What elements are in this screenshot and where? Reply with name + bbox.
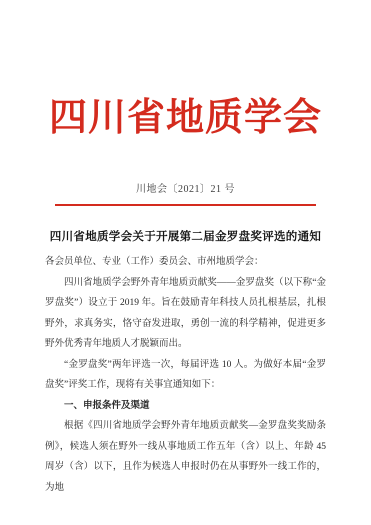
header-divider <box>55 204 316 206</box>
salutation: 各会员单位、专业（工作）委员会、市州地质学会： <box>45 252 326 273</box>
document-page: 四川省地质学会 川地会〔2021〕21 号 四川省地质学会关于开展第二届金罗盘奖… <box>0 0 371 525</box>
section-paragraph: 根据《四川省地质学会野外青年地质贡献奖—金罗盘奖奖励条例》，候选人须在野外一线从… <box>45 416 326 498</box>
body-paragraph-intro: 四川省地质学会野外青年地质贡献奖——金罗盘奖（以下称“金罗盘奖”）设立于 201… <box>45 273 326 355</box>
section-heading: 一、申报条件及渠道 <box>45 396 326 417</box>
org-title: 四川省地质学会 <box>0 96 371 142</box>
document-body: 各会员单位、专业（工作）委员会、市州地质学会： 四川省地质学会野外青年地质贡献奖… <box>45 252 326 498</box>
notice-title: 四川省地质学会关于开展第二届金罗盘奖评选的通知 <box>0 228 371 244</box>
body-paragraph-notice: “金罗盘奖”两年评选一次，每届评选 10 人。为做好本届“金罗盘奖”评奖工作，现… <box>45 355 326 396</box>
doc-number: 川地会〔2021〕21 号 <box>0 180 371 195</box>
